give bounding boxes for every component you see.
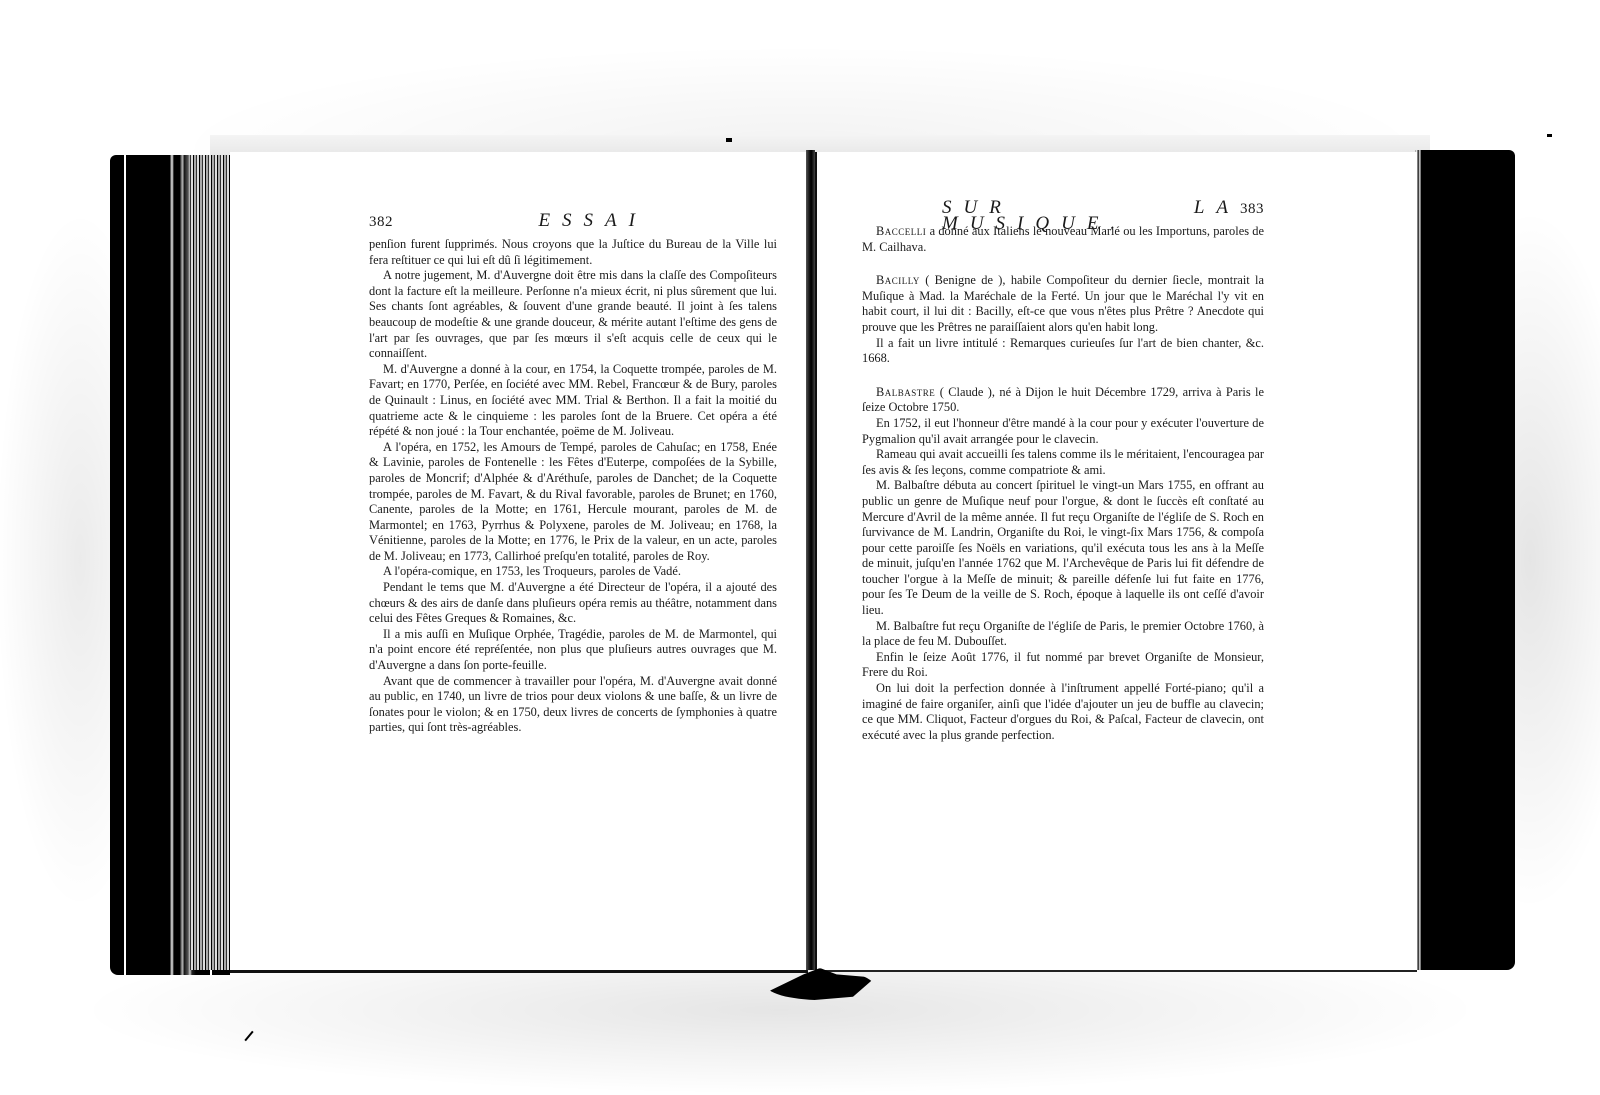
right-running-head: SUR LA MUSIQUE. 383 <box>862 200 1264 224</box>
paragraph: Il a fait un livre intitulé : Remarques … <box>862 336 1264 367</box>
entry-name: Baccelli <box>876 224 926 238</box>
paragraph: M. Balbaſtre fut reçu Organiſte de l'égl… <box>862 619 1264 650</box>
running-head-title: ESSAI <box>538 213 647 229</box>
entry-balbastre: Balbastre ( Claude ), né à Dijon le huit… <box>862 385 1264 416</box>
paragraph: Pendant le tems que M. d'Auvergne a été … <box>369 580 777 627</box>
entry-bacilly: Bacilly ( Benigne de ), habile Compoſite… <box>862 273 1264 335</box>
entry-name: Balbastre <box>876 385 935 399</box>
paragraph: Avant que de commencer à travailler pour… <box>369 674 777 736</box>
paragraph: A notre jugement, M. d'Auvergne doit êtr… <box>369 268 777 362</box>
paragraph: Enfin le ſeize Août 1776, il fut nommé p… <box>862 650 1264 681</box>
entry-spacer <box>862 255 1264 273</box>
entry-name: Bacilly <box>876 273 920 287</box>
paragraph: penſion furent ſupprimés. Nous croyons q… <box>369 237 777 268</box>
paragraph: On lui doit la perfection donnée à l'inſ… <box>862 681 1264 743</box>
paragraph: En 1752, il eut l'honneur d'être mandé à… <box>862 416 1264 447</box>
right-page-text: SUR LA MUSIQUE. 383 Baccelli a donné aux… <box>862 200 1264 743</box>
scan-mark <box>726 138 732 142</box>
paragraph: A l'opéra-comique, en 1753, les Troqueur… <box>369 564 777 580</box>
entry-spacer <box>862 367 1264 385</box>
page-number: 382 <box>369 215 393 231</box>
paragraph: M. Balbaſtre débuta au concert ſpirituel… <box>862 478 1264 618</box>
entry-text: ( Benigne de ), habile Compoſiteur du de… <box>862 273 1264 334</box>
book-left-page-edges <box>190 155 230 970</box>
paragraph: M. d'Auvergne a donné à la cour, en 1754… <box>369 362 777 440</box>
paragraph: Il a mis auſſi en Muſique Orphée, Tragéd… <box>369 627 777 674</box>
paragraph: A l'opéra, en 1752, les Amours de Tempé,… <box>369 440 777 565</box>
book-gutter <box>806 150 815 970</box>
page-number: 383 <box>1240 202 1264 218</box>
entry-baccelli: Baccelli a donné aux Italiens le nouveau… <box>862 224 1264 255</box>
paragraph: Rameau qui avait accueilli ſes talens co… <box>862 447 1264 478</box>
book-right-page-block <box>1415 150 1515 970</box>
left-running-head: 382 ESSAI <box>369 213 777 237</box>
scan-mark <box>1547 134 1552 137</box>
left-page-text: 382 ESSAI penſion furent ſupprimés. Nous… <box>369 213 777 736</box>
